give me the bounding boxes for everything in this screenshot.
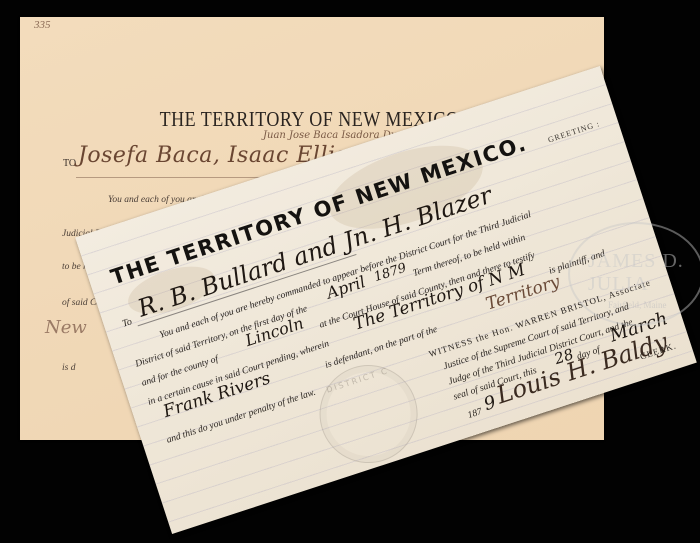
auction-watermark: JAMES D. JULIA Fairfield, Maine — [568, 222, 700, 326]
photo-stage: 335 THE TERRITORY OF NEW MEXICO. Juan Jo… — [0, 0, 700, 543]
to-label: TO — [63, 158, 76, 169]
watermark-place: Fairfield, Maine — [608, 300, 666, 310]
back-line-5: is d — [62, 363, 75, 373]
handwriting-fragment: New — [45, 317, 87, 338]
watermark-name: JAMES D. JULIA — [588, 250, 700, 296]
document-number: 335 — [34, 19, 51, 31]
